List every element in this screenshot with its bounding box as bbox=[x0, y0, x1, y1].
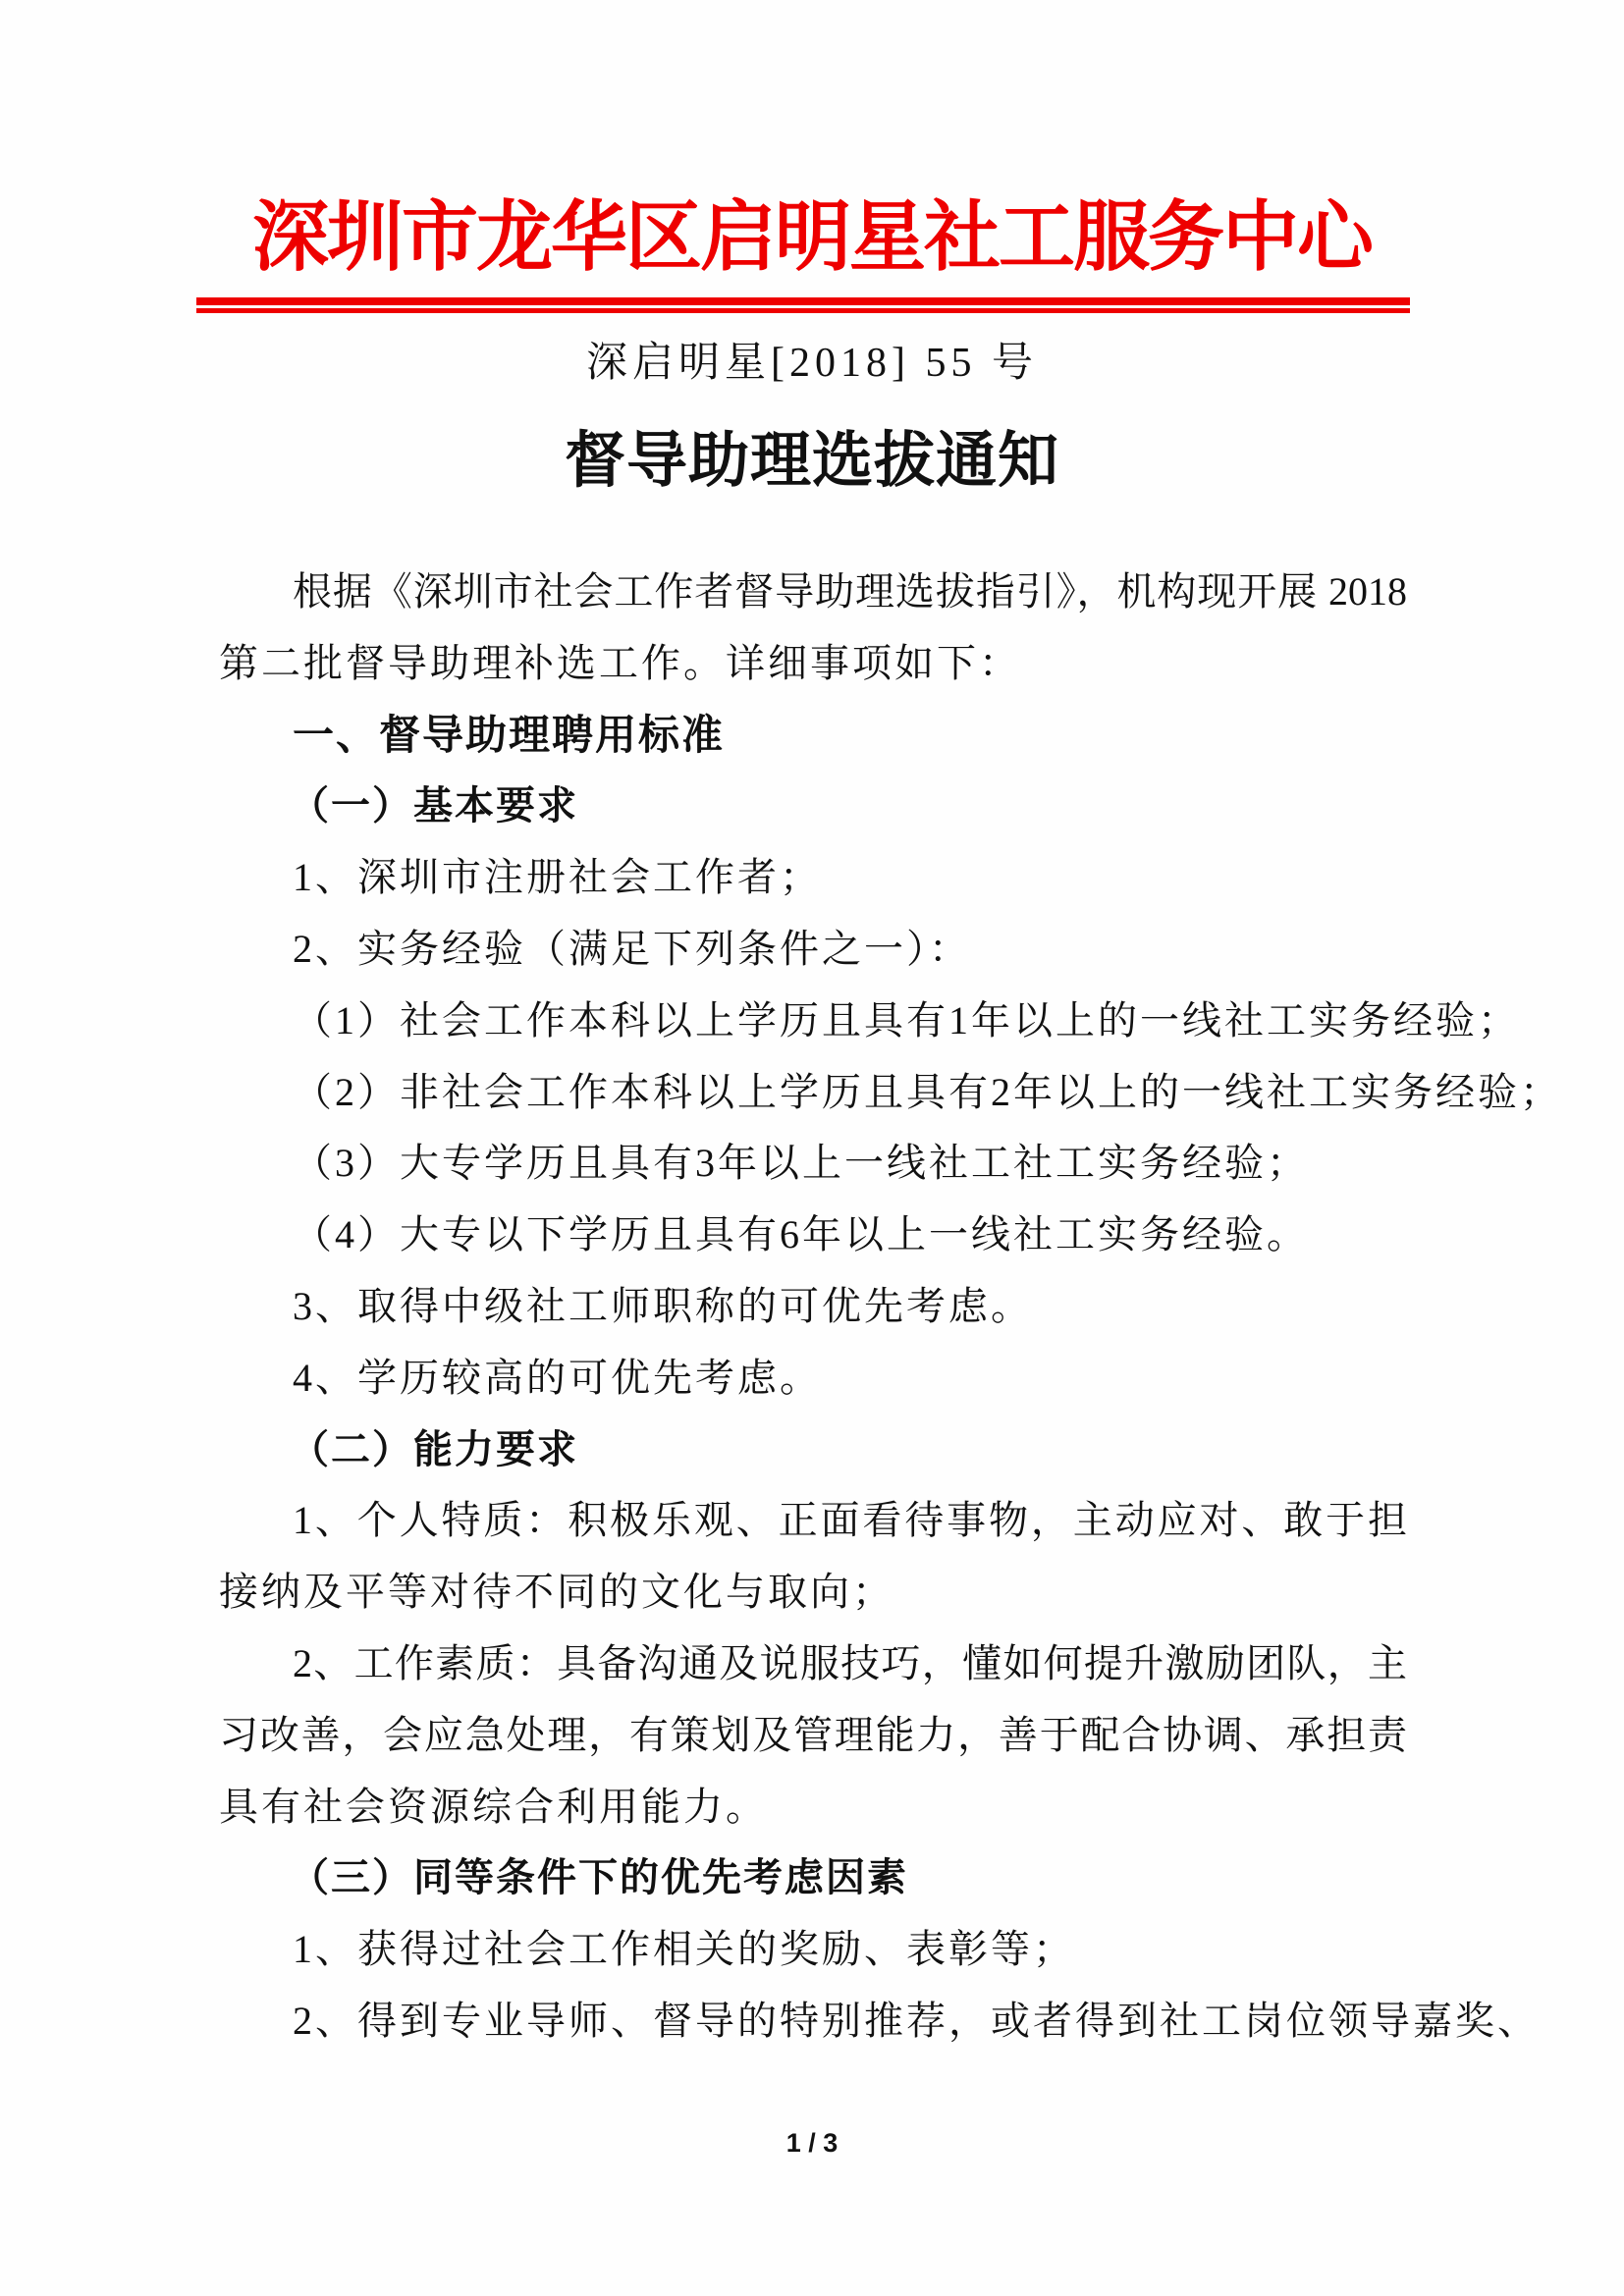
text-line: （二）能力要求 bbox=[219, 1415, 1407, 1486]
text-line: （4）大专以下学历且具有6年以上一线社工实务经验。 bbox=[219, 1200, 1407, 1271]
text-line: （3）大专学历且具有3年以上一线社工社工实务经验； bbox=[219, 1128, 1407, 1200]
divider-thin-bar bbox=[196, 308, 1410, 313]
text-line: （一）基本要求 bbox=[219, 771, 1407, 842]
text-line: 1、深圳市注册社会工作者； bbox=[219, 842, 1407, 914]
text-line: 2、工作素质：具备沟通及说服技巧，懂如何提升激励团队，主动学 bbox=[219, 1629, 1407, 1700]
document-number: 深启明星[2018] 55 号 bbox=[0, 338, 1624, 389]
text-line: 根据《深圳市社会工作者督导助理选拔指引》，机构现开展 2018 年 bbox=[219, 557, 1407, 628]
divider-thick-bar bbox=[196, 297, 1410, 305]
text-line: 习改善，会应急处理，有策划及管理能力，善于配合协调、承担责任， bbox=[219, 1700, 1407, 1772]
text-line: 4、学历较高的可优先考虑。 bbox=[219, 1343, 1407, 1415]
text-line: 接纳及平等对待不同的文化与取向； bbox=[219, 1557, 1407, 1629]
document-title: 督导助理选拔通知 bbox=[0, 426, 1624, 497]
page-number: 1 / 3 bbox=[0, 2126, 1624, 2160]
document-page: 深圳市龙华区启明星社工服务中心 深启明星[2018] 55 号 督导助理选拔通知… bbox=[0, 0, 1624, 2296]
text-line: 3、取得中级社工师职称的可优先考虑。 bbox=[219, 1271, 1407, 1343]
text-line: 具有社会资源综合利用能力。 bbox=[219, 1772, 1407, 1843]
text-line: 一、督导助理聘用标准 bbox=[219, 700, 1407, 772]
text-line: （1）社会工作本科以上学历且具有1年以上的一线社工实务经验； bbox=[219, 986, 1407, 1057]
text-line: 1、获得过社会工作相关的奖励、表彰等； bbox=[219, 1914, 1407, 1986]
text-line: （三）同等条件下的优先考虑因素 bbox=[219, 1842, 1407, 1914]
organization-title: 深圳市龙华区启明星社工服务中心 bbox=[0, 192, 1624, 283]
document-body: 根据《深圳市社会工作者督导助理选拔指引》，机构现开展 2018 年第二批督导助理… bbox=[219, 557, 1407, 2057]
text-line: 2、实务经验（满足下列条件之一）： bbox=[219, 914, 1407, 986]
text-line: 1、个人特质：积极乐观、正面看待事物，主动应对、敢于担当，能 bbox=[219, 1485, 1407, 1557]
text-line: （2）非社会工作本科以上学历且具有2年以上的一线社工实务经验； bbox=[219, 1057, 1407, 1129]
text-line: 第二批督导助理补选工作。详细事项如下： bbox=[219, 628, 1407, 700]
text-line: 2、得到专业导师、督导的特别推荐，或者得到社工岗位领导嘉奖、 bbox=[219, 1986, 1407, 2057]
letterhead-divider bbox=[196, 297, 1410, 313]
